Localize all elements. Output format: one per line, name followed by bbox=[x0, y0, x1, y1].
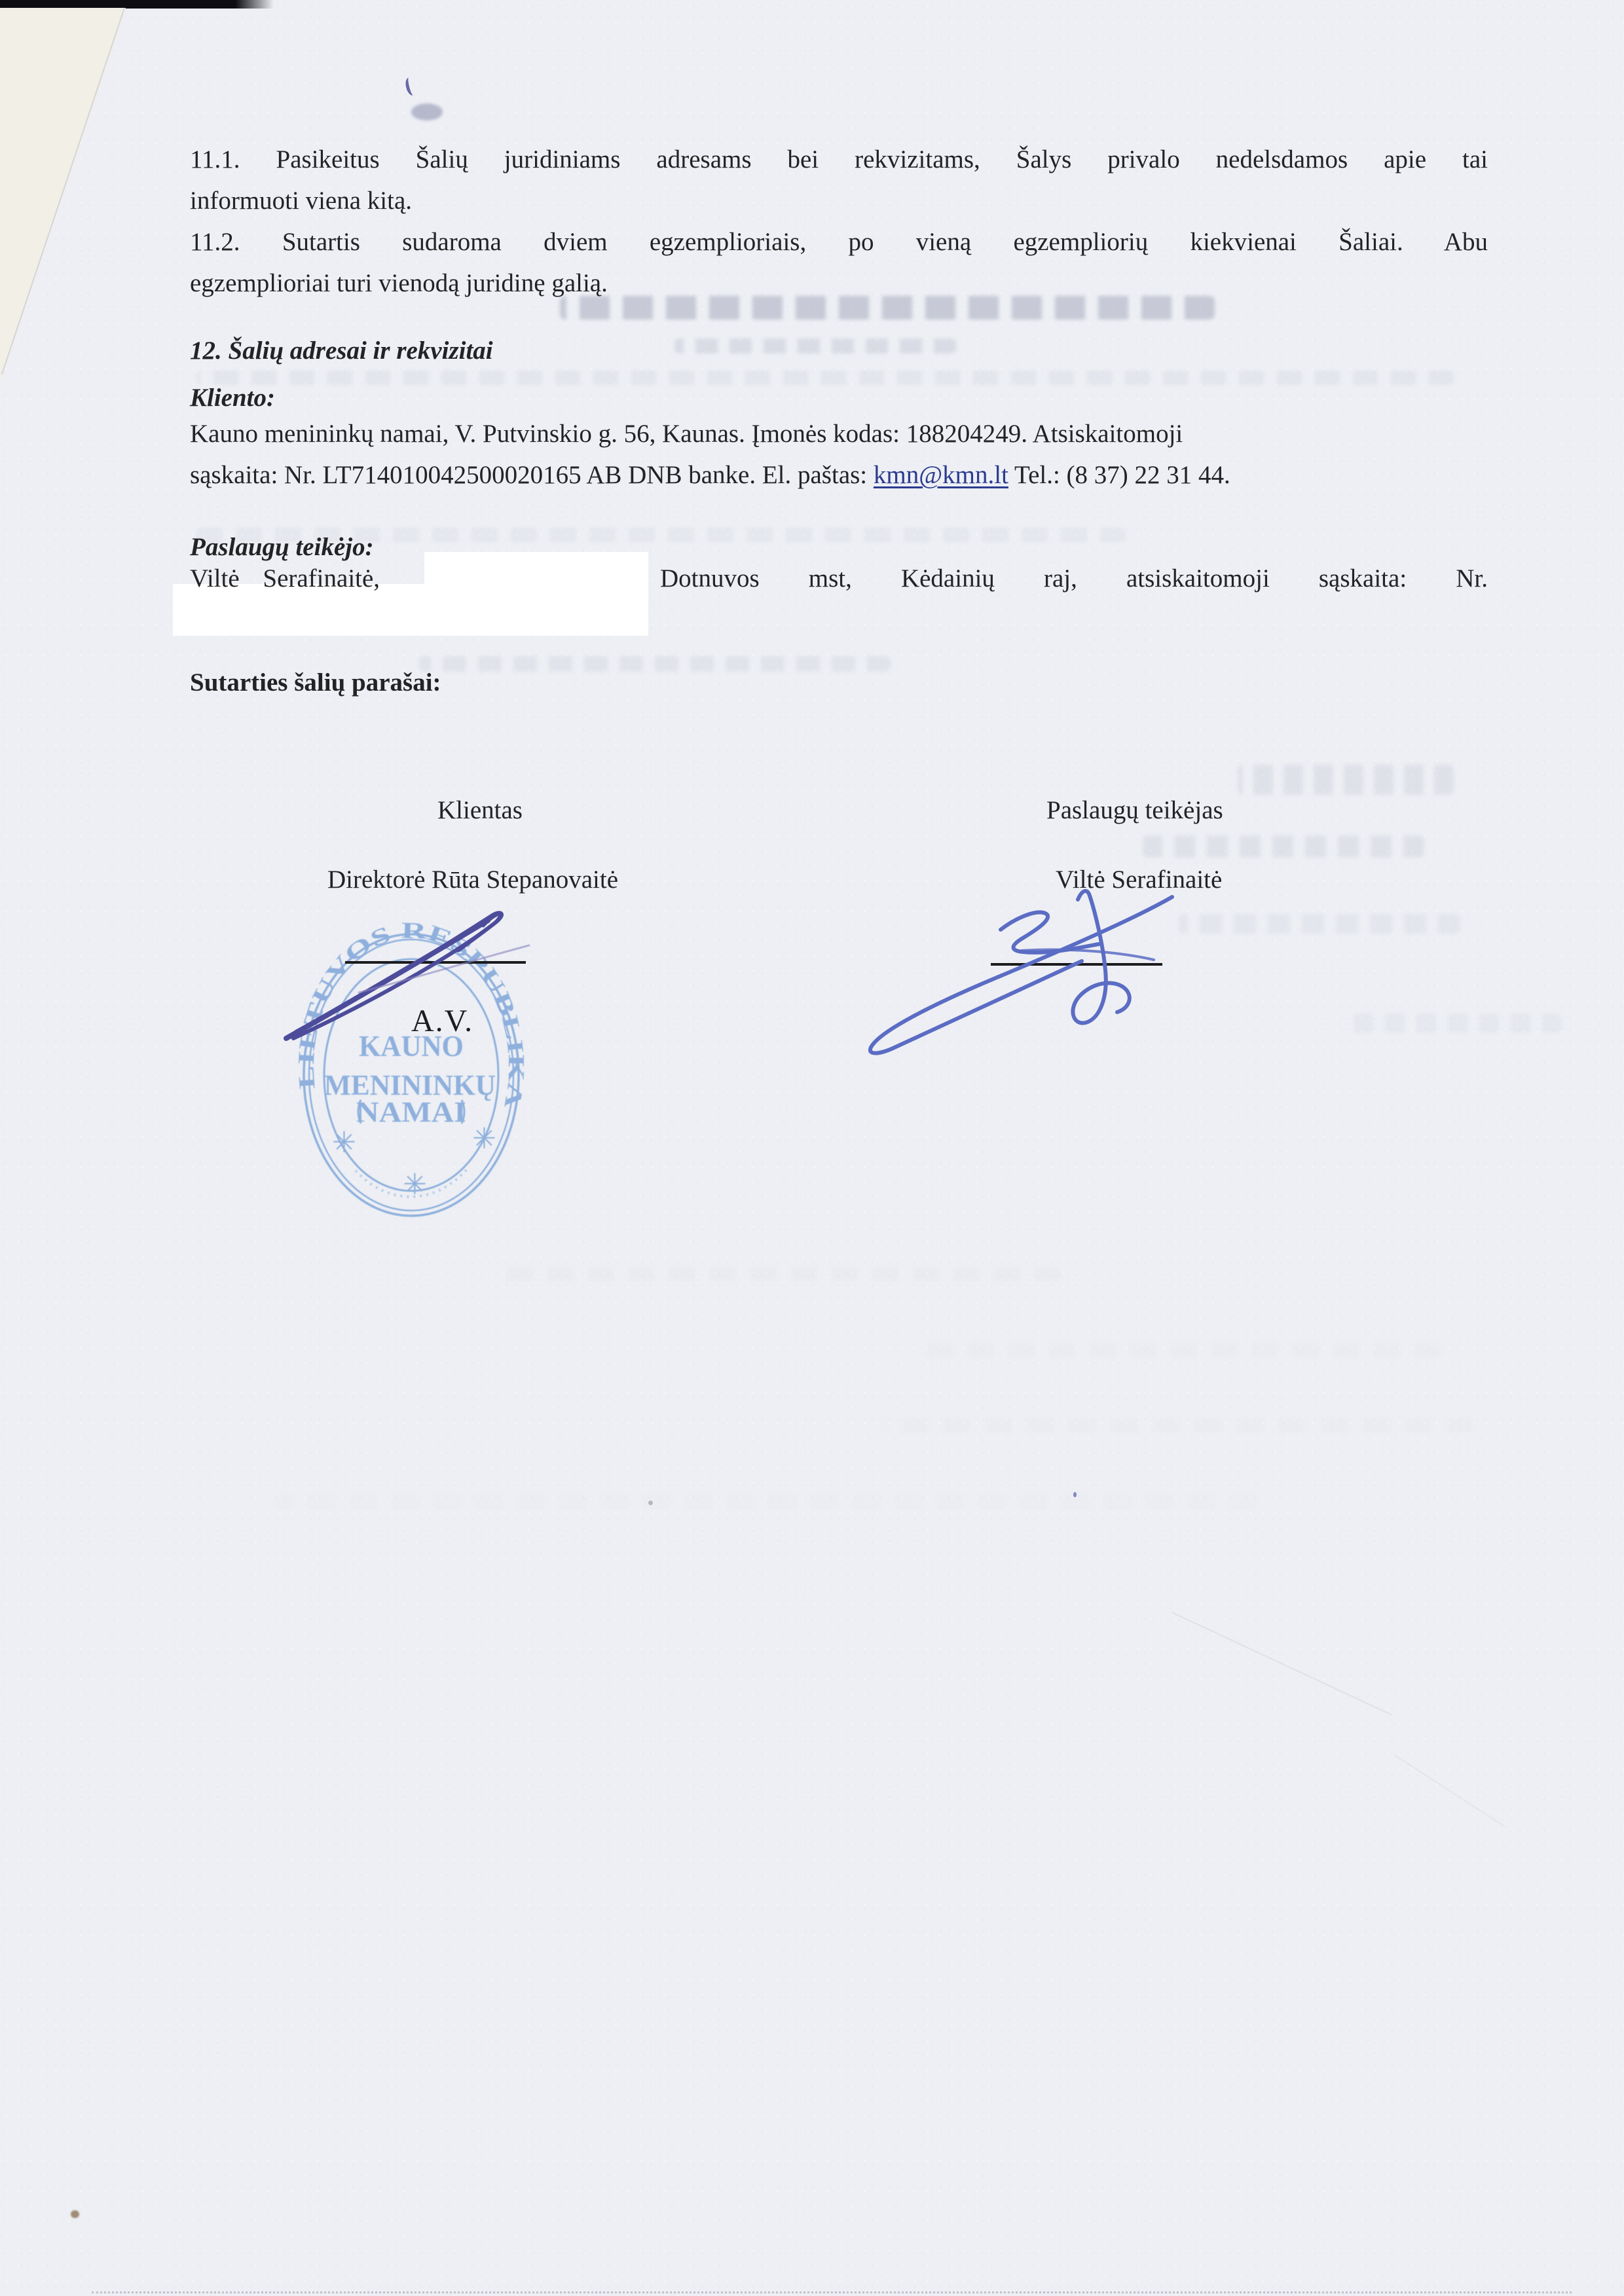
stamp-asterisk-bottom: ✳ bbox=[403, 1169, 427, 1201]
seal-note: A.V. bbox=[411, 1003, 473, 1039]
client-signer-name: Direktorė Rūta Stepanovaitė bbox=[327, 859, 618, 900]
provider-signature-ink bbox=[870, 891, 1172, 1053]
page-corner-background bbox=[0, 8, 131, 382]
stamp-line-3: NAMAI bbox=[356, 1096, 466, 1128]
ink-dot bbox=[1073, 1492, 1077, 1497]
stamp-asterisk-right: ✳ bbox=[472, 1123, 496, 1155]
provider-role-label: Paslaugų teikėjas bbox=[1046, 790, 1223, 831]
client-details-after-email: Tel.: (8 37) 22 31 44. bbox=[1008, 461, 1230, 489]
bleed-through-line bbox=[674, 338, 956, 354]
signatures-heading: Sutarties šalių parašai: bbox=[190, 662, 441, 703]
client-details-before-email: sąskaita: Nr. LT714010042500020165 AB DN… bbox=[190, 461, 874, 489]
bleed-through-line bbox=[275, 1494, 1257, 1508]
signature-line-provider bbox=[991, 963, 1162, 966]
client-details-line-2: sąskaita: Nr. LT714010042500020165 AB DN… bbox=[190, 454, 1488, 496]
scan-bottom-edge bbox=[92, 2291, 1572, 2293]
signature-line-client bbox=[345, 961, 526, 964]
scanner-edge-strip bbox=[0, 0, 274, 9]
bleed-through-line bbox=[1346, 1013, 1562, 1033]
bleed-through-blob bbox=[1238, 765, 1454, 795]
redaction-box-1 bbox=[424, 552, 648, 636]
stamp-asterisk-left: ✳ bbox=[332, 1127, 356, 1159]
clause-11-2-line-2: egzemplioriai turi vienodą juridinę gali… bbox=[190, 263, 1488, 304]
clause-11-2-line-1: 11.2. Sutartis sudaroma dviem egzemplior… bbox=[190, 221, 1488, 263]
client-details: Kauno menininkų namai, V. Putvinskio g. … bbox=[190, 413, 1488, 496]
client-label: Kliento: bbox=[190, 377, 275, 418]
ink-speck bbox=[404, 77, 418, 97]
client-email-link[interactable]: kmn@kmn.lt bbox=[874, 461, 1008, 489]
clause-11-1-line-1: 11.1. Pasikeitus Šalių juridiniams adres… bbox=[190, 139, 1488, 180]
paper-scratch bbox=[1172, 1612, 1392, 1715]
clause-11-1-line-2: informuoti viena kitą. bbox=[190, 180, 1488, 221]
bleed-through-line bbox=[917, 1343, 1441, 1358]
provider-signer-name: Viltė Serafinaitė bbox=[1056, 859, 1222, 900]
section-12-heading: 12. Šalių adresai ir rekvizitai bbox=[190, 330, 493, 371]
client-details-line-1: Kauno menininkų namai, V. Putvinskio g. … bbox=[190, 413, 1488, 454]
clauses-block: 11.1. Pasikeitus Šalių juridiniams adres… bbox=[190, 139, 1488, 304]
bleed-through-line bbox=[884, 1418, 1473, 1432]
dust-speck bbox=[648, 1501, 653, 1505]
official-stamp: LIETUVOS RESPUBLIKA KAUNO MENININKŲ NAMA… bbox=[298, 927, 528, 1222]
bleed-through-line bbox=[419, 656, 891, 672]
paper-scratch bbox=[1394, 1755, 1505, 1827]
bleed-through-line bbox=[1143, 835, 1424, 858]
bleed-through-line bbox=[196, 371, 1454, 385]
provider-details: Dotnuvos mst, Kėdainių raj, atsiskaitomo… bbox=[660, 558, 1488, 599]
client-role-label: Klientas bbox=[437, 790, 523, 831]
ink-smudge bbox=[411, 103, 443, 120]
provider-name: Viltė Serafinaitė, bbox=[190, 558, 380, 599]
scanned-contract-page: 11.1. Pasikeitus Šalių juridiniams adres… bbox=[0, 0, 1624, 2296]
bleed-through-line bbox=[498, 1267, 1061, 1281]
dust-speck bbox=[71, 2210, 79, 2218]
bleed-through-line bbox=[1179, 914, 1460, 934]
